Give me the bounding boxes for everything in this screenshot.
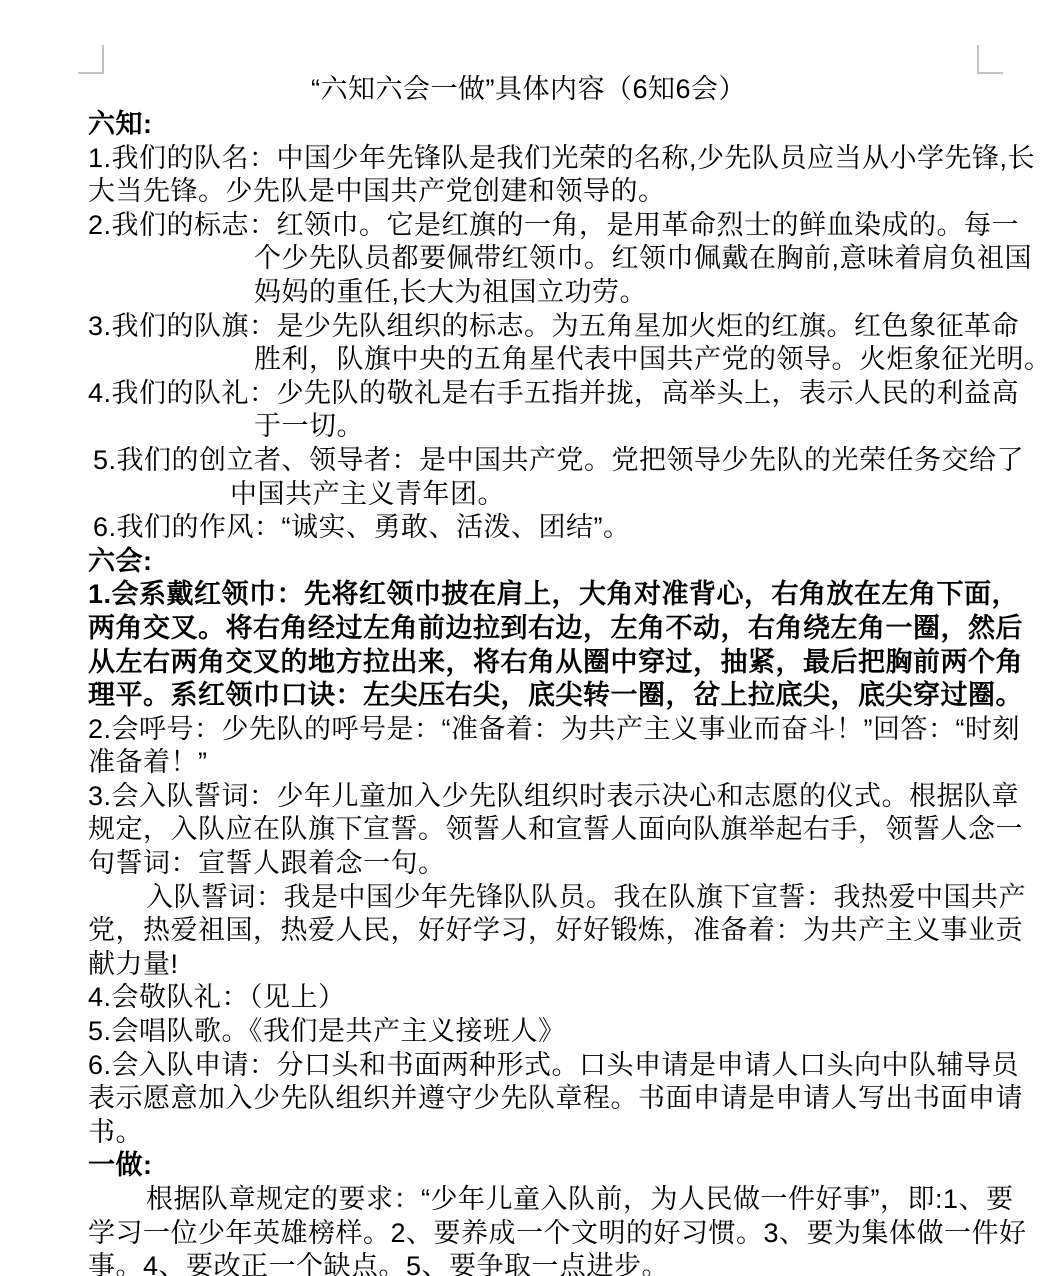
text-line: 学习一位少年英雄榜样。2、要养成一个文明的好习惯。3、要为集体做一件好 xyxy=(88,1217,1008,1251)
text-line: 胜利，队旗中央的五角星代表中国共产党的领导。火炬象征光明。 xyxy=(88,343,1008,377)
section-heading-liuhui: 六会: xyxy=(88,545,1008,579)
text-line: 5.我们的创立者、领导者：是中国共产党。党把领导少先队的光荣任务交给了 xyxy=(88,444,1008,478)
text-line: 从左右两角交叉的地方拉出来，将右角从圈中穿过，抽紧，最后把胸前两个角 xyxy=(88,646,1008,680)
text-line: 大当先锋。少先队是中国共产党创建和领导的。 xyxy=(88,175,1008,209)
document-body: 六知: 1.我们的队名：中国少年先锋队是我们光荣的名称,少先队员应当从小学先锋,… xyxy=(88,108,1008,1276)
text-line: 4.我们的队礼：少先队的敬礼是右手五指并拢，高举头上，表示人民的利益高 xyxy=(88,377,1008,411)
text-line: 书。 xyxy=(88,1116,1008,1150)
text-line: 规定，入队应在队旗下宣誓。领誓人和宣誓人面向队旗举起右手，领誓人念一 xyxy=(88,813,1008,847)
text-line: 2.我们的标志：红领巾。它是红旗的一角，是用革命烈士的鲜血染成的。每一 xyxy=(88,209,1008,243)
section-heading-yizuo: 一做: xyxy=(88,1149,1008,1183)
text-line: 事。4、要改正一个缺点。5、要争取一点进步。 xyxy=(88,1250,1008,1276)
page: { "page_colors": { "background": "#fffff… xyxy=(0,0,1057,1276)
text-line: 4.会敬队礼：（见上） xyxy=(88,981,1008,1015)
text-line: 两角交叉。将右角经过左角前边拉到右边，左角不动，右角绕左角一圈，然后 xyxy=(88,612,1008,646)
document-page: “六知六会一做”具体内容（6知6会） 六知: 1.我们的队名：中国少年先锋队是我… xyxy=(0,0,1057,1276)
text-line: 5.会唱队歌。《我们是共产主义接班人》 xyxy=(88,1015,1008,1049)
text-boundary-mark-top-left xyxy=(78,45,104,74)
text-line: 3.我们的队旗：是少先队组织的标志。为五角星加火炬的红旗。红色象征革命 xyxy=(88,310,1008,344)
text-line: 准备着！” xyxy=(88,746,1008,780)
text-line: 中国共产主义青年团。 xyxy=(88,478,1008,512)
text-line: 理平。系红领巾口诀：左尖压右尖，底尖转一圈，岔上拉底尖，底尖穿过圈。 xyxy=(88,679,1008,713)
text-line: 6.会入队申请：分口头和书面两种形式。口头申请是申请人口头向中队辅导员 xyxy=(88,1049,1008,1083)
text-line: 句誓词：宣誓人跟着念一句。 xyxy=(88,847,1008,881)
text-line: 表示愿意加入少先队组织并遵守少先队章程。书面申请是申请人写出书面申请 xyxy=(88,1082,1008,1116)
text-line: 根据队章规定的要求：“少年儿童入队前，为人民做一件好事”，即:1、要 xyxy=(88,1183,1008,1217)
text-line: 于一切。 xyxy=(88,410,1008,444)
text-line: 3.会入队誓词：少年儿童加入少先队组织时表示决心和志愿的仪式。根据队章 xyxy=(88,780,1008,814)
document-title: “六知六会一做”具体内容（6知6会） xyxy=(0,72,1057,106)
text-line: 6.我们的作风：“诚实、勇敢、活泼、团结”。 xyxy=(88,511,1008,545)
text-line: 献力量! xyxy=(88,948,1008,982)
section-heading-liuzhi: 六知: xyxy=(88,108,1008,142)
text-boundary-mark-top-right xyxy=(977,45,1003,74)
text-line: 1.我们的队名：中国少年先锋队是我们光荣的名称,少先队员应当从小学先锋,长 xyxy=(88,142,1008,176)
text-line: 2.会呼号：少先队的呼号是：“准备着：为共产主义事业而奋斗！”回答：“时刻 xyxy=(88,713,1008,747)
text-line: 个少先队员都要佩带红领巾。红领巾佩戴在胸前,意味着肩负祖国 xyxy=(88,242,1008,276)
text-line: 1.会系戴红领巾：先将红领巾披在肩上，大角对准背心，右角放在左角下面， xyxy=(88,578,1008,612)
text-line: 妈妈的重任,长大为祖国立功劳。 xyxy=(88,276,1008,310)
text-line: 入队誓词：我是中国少年先锋队队员。我在队旗下宣誓：我热爱中国共产 xyxy=(88,881,1008,915)
text-line: 党，热爱祖国，热爱人民，好好学习，好好锻炼，准备着：为共产主义事业贡 xyxy=(88,914,1008,948)
